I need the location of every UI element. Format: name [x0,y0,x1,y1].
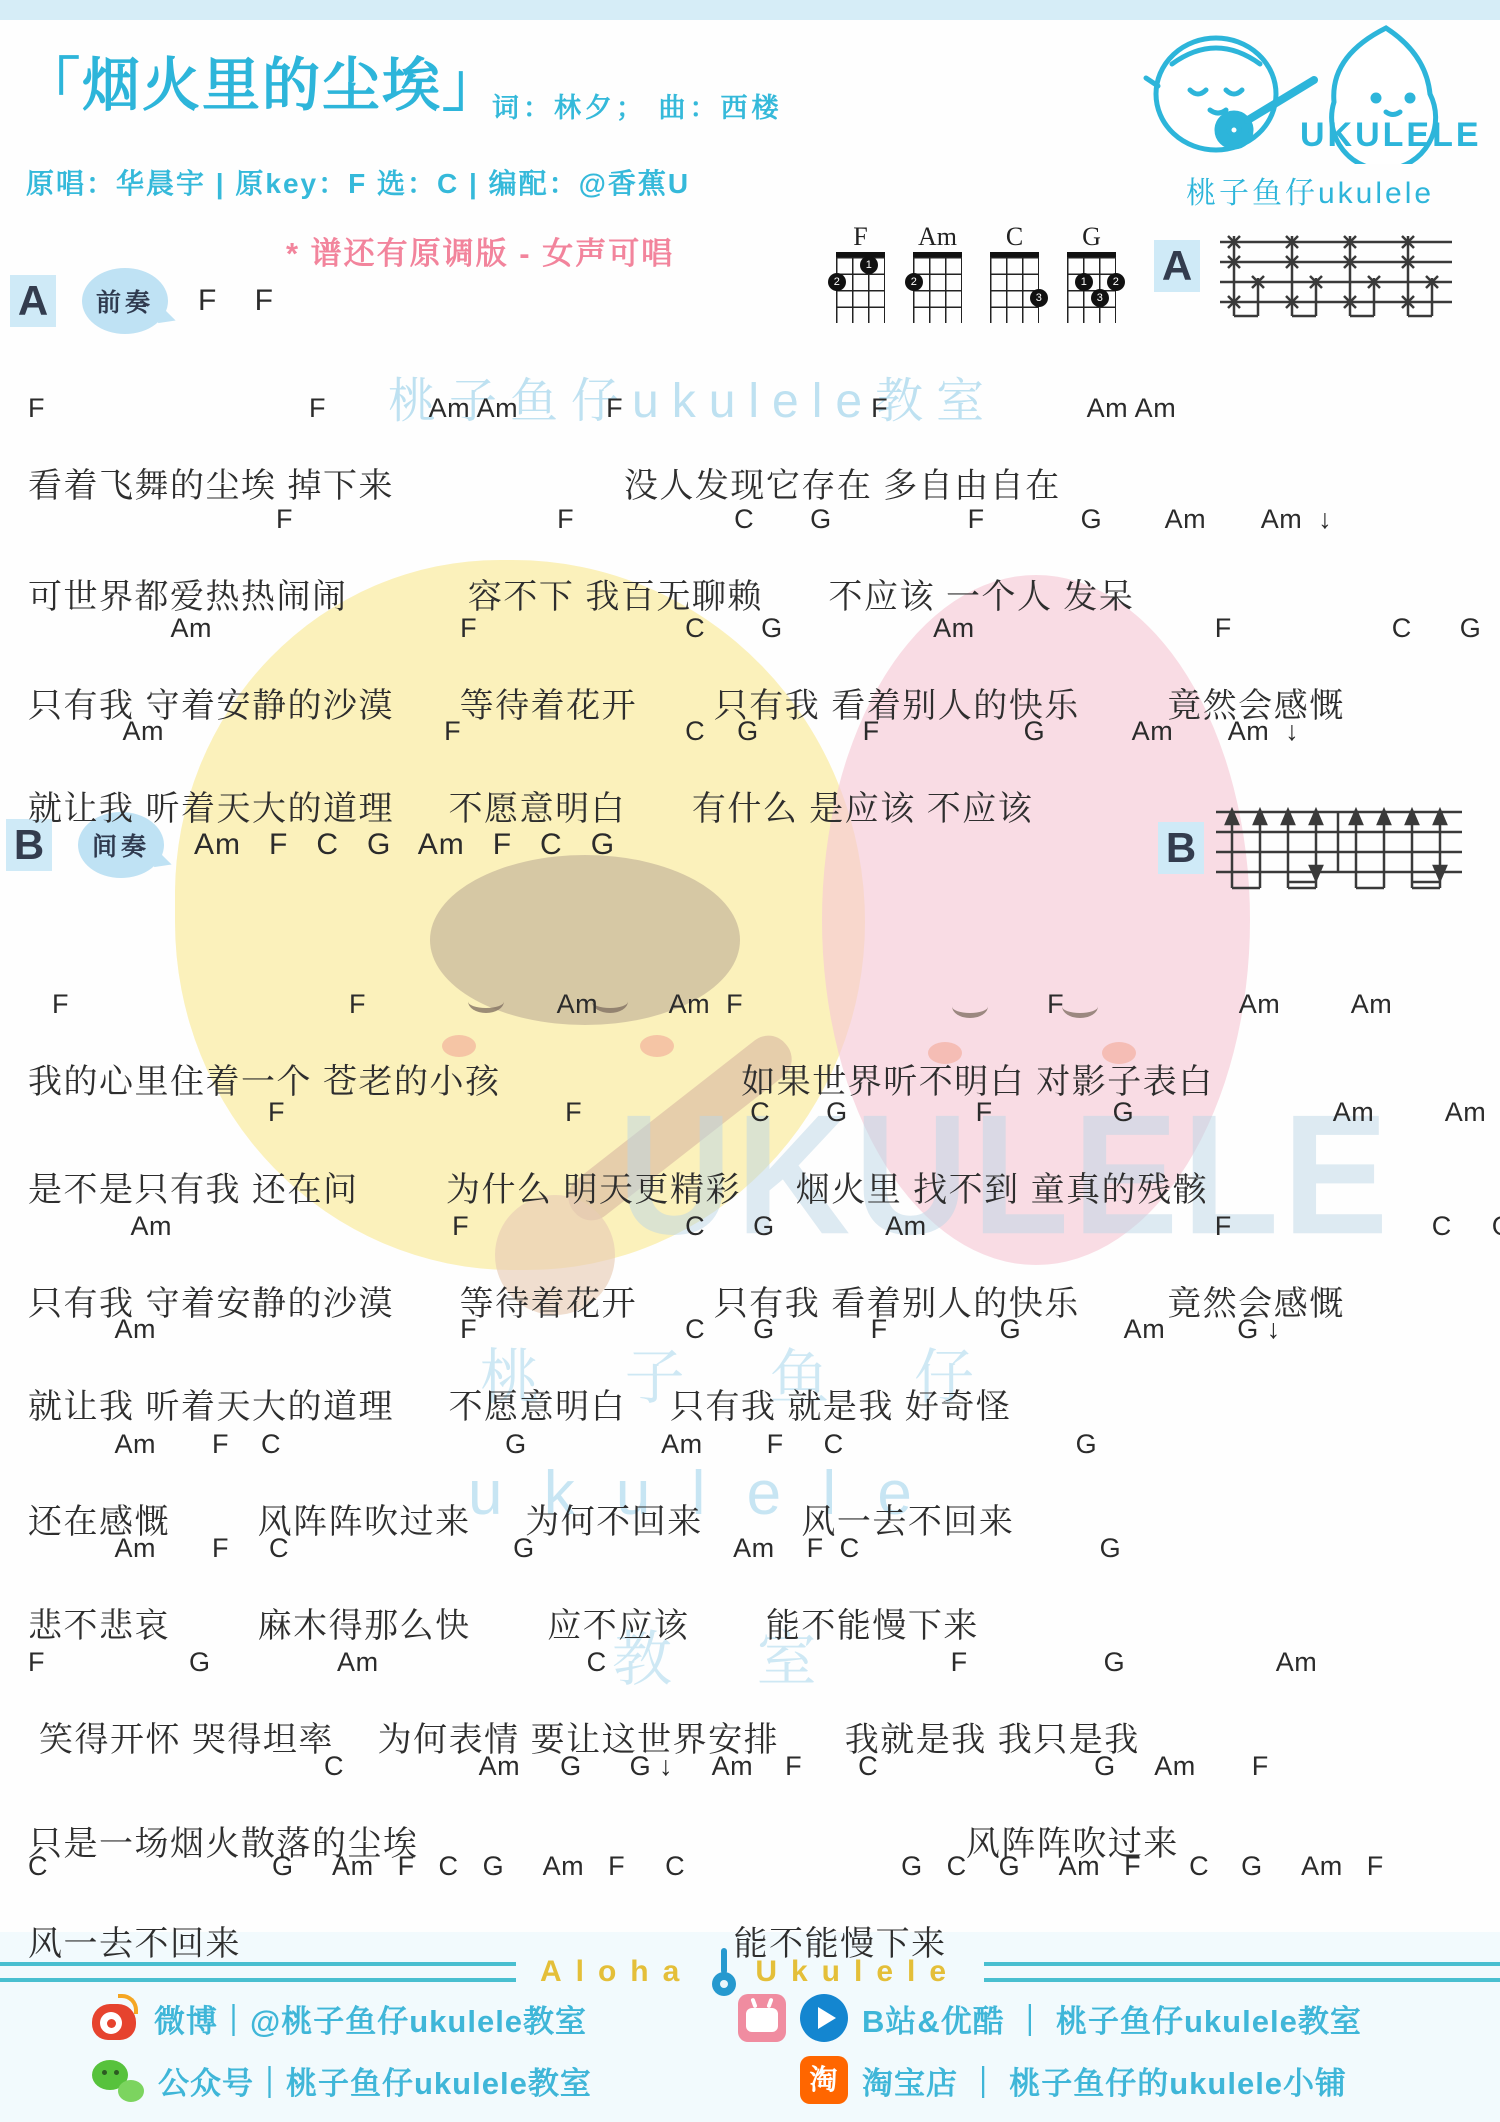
chord-diagram-label: C [990,222,1039,252]
chord-line: Am F C G Am F C G [28,1426,1097,1464]
chord-diagram-strip: F21Am2C3G132 [836,222,1116,323]
ukulele-text: Ukulele [755,1955,960,1989]
section-a-label: A [10,275,56,327]
strum-pattern-a-tab [1212,230,1460,330]
version-note: * 谱还有原调版 - 女声可唱 [286,228,674,273]
chord-line: Am F C G Am F C G [28,1530,1121,1568]
bilibili-youku-label: B站&优酷 ｜ 桃子鱼仔ukulele教室 [862,1996,1362,2041]
fretboard: 2 [913,252,962,323]
chord-diagram-C: C3 [990,222,1039,323]
fretboard: 3 [990,252,1039,323]
finger-dot: 3 [1030,289,1048,307]
studio-logo-icon: UKULELE [1128,14,1480,164]
taobao-label: 淘宝店 ｜ 桃子鱼仔的ukulele小铺 [862,2058,1347,2103]
chord-line: Am F C G Am F C G [28,610,1481,648]
chord-line: F G Am C F G Am [28,1644,1317,1682]
finger-dot: 1 [1075,273,1093,291]
taobao-icon: 淘 [800,2056,848,2104]
finger-dot: 1 [860,256,878,274]
tab-a-label: A [1154,240,1200,292]
taobao-link-row: 淘 淘宝店 ｜ 桃子鱼仔的ukulele小铺 [800,2056,1347,2104]
chord-line: C G Am F C G Am F C G C G Am F C G Am F [28,1848,1384,1886]
intro-bubble: 前奏 [82,268,168,334]
chord-sheet-page: 桃子鱼仔ukulele教室 UKULELE 桃 子 鱼 仔 u k u l e … [0,0,1500,2122]
chord-diagram-G: G132 [1067,222,1116,323]
chord-line: Am F C G F G Am G ↓ [28,1311,1281,1349]
chord-line: Am F C G F G Am Am ↓ [28,713,1299,751]
aloha-text: Aloha [540,1955,693,1989]
weibo-label: 微博｜@桃子鱼仔ukulele教室 [154,1996,587,2041]
youku-icon [800,1994,848,2042]
chord-diagram-Am: Am2 [913,222,962,323]
ukulele-icon [711,1946,737,1998]
wechat-label: 公众号｜桃子鱼仔ukulele教室 [158,2058,592,2103]
chord-diagram-F: F21 [836,222,885,323]
chord-line: C Am G G ↓ Am F C G Am F [28,1748,1269,1786]
aloha-divider: Aloha Ukulele [0,1946,1500,1998]
chord-diagram-label: F [836,222,885,252]
finger-dot: 3 [1091,289,1109,307]
chord-line: F F C G F G Am Am ↓ [28,1094,1500,1132]
wechat-link-row: 公众号｜桃子鱼仔ukulele教室 [92,2056,592,2104]
key-and-arranger-info: 原唱：华晨宇 | 原key：F 选：C | 编配：@香蕉U [26,162,690,202]
section-a-chords: F F [198,284,274,318]
finger-dot: 2 [828,273,846,291]
bilibili-youku-link-row: B站&优酷 ｜ 桃子鱼仔ukulele教室 [738,1994,1362,2042]
bilibili-icon [738,1994,786,2042]
finger-dot: 2 [1107,273,1125,291]
logo-brand-text: UKULELE [1300,116,1480,154]
section-a-row: A 前奏 F F [10,268,274,334]
weibo-link-row: 微博｜@桃子鱼仔ukulele教室 [92,1994,587,2042]
song-title: 「烟火里的尘埃」 [22,38,502,122]
lyric-line: 就让我 听着天大的道理 不愿意明白 有什么 是应该 不应该 [28,787,1299,831]
chord-line: Am F C G Am F C G [28,1208,1500,1246]
fretboard: 21 [836,252,885,323]
divider-line-right [984,1962,1500,1982]
chord-line: F F Am Am F F Am Am [28,986,1392,1024]
studio-name: 桃子鱼仔ukulele [1186,168,1434,212]
fretboard: 132 [1067,252,1116,323]
chord-diagram-label: G [1067,222,1116,252]
divider-line-left [0,1962,516,1982]
song-line-4: Am F C G F G Am Am ↓ 就让我 听着天大的道理 不愿意明白 有… [28,677,1299,867]
chord-diagram-label: Am [913,222,962,252]
finger-dot: 2 [905,273,923,291]
chord-line: F F Am Am F F Am Am [28,390,1176,428]
chord-line: F F C G F G Am Am ↓ [28,501,1332,539]
lyricist-composer-credits: 词：林夕； 曲：西楼 [492,86,783,125]
weibo-icon [92,1994,140,2042]
wechat-icon [92,2056,144,2104]
